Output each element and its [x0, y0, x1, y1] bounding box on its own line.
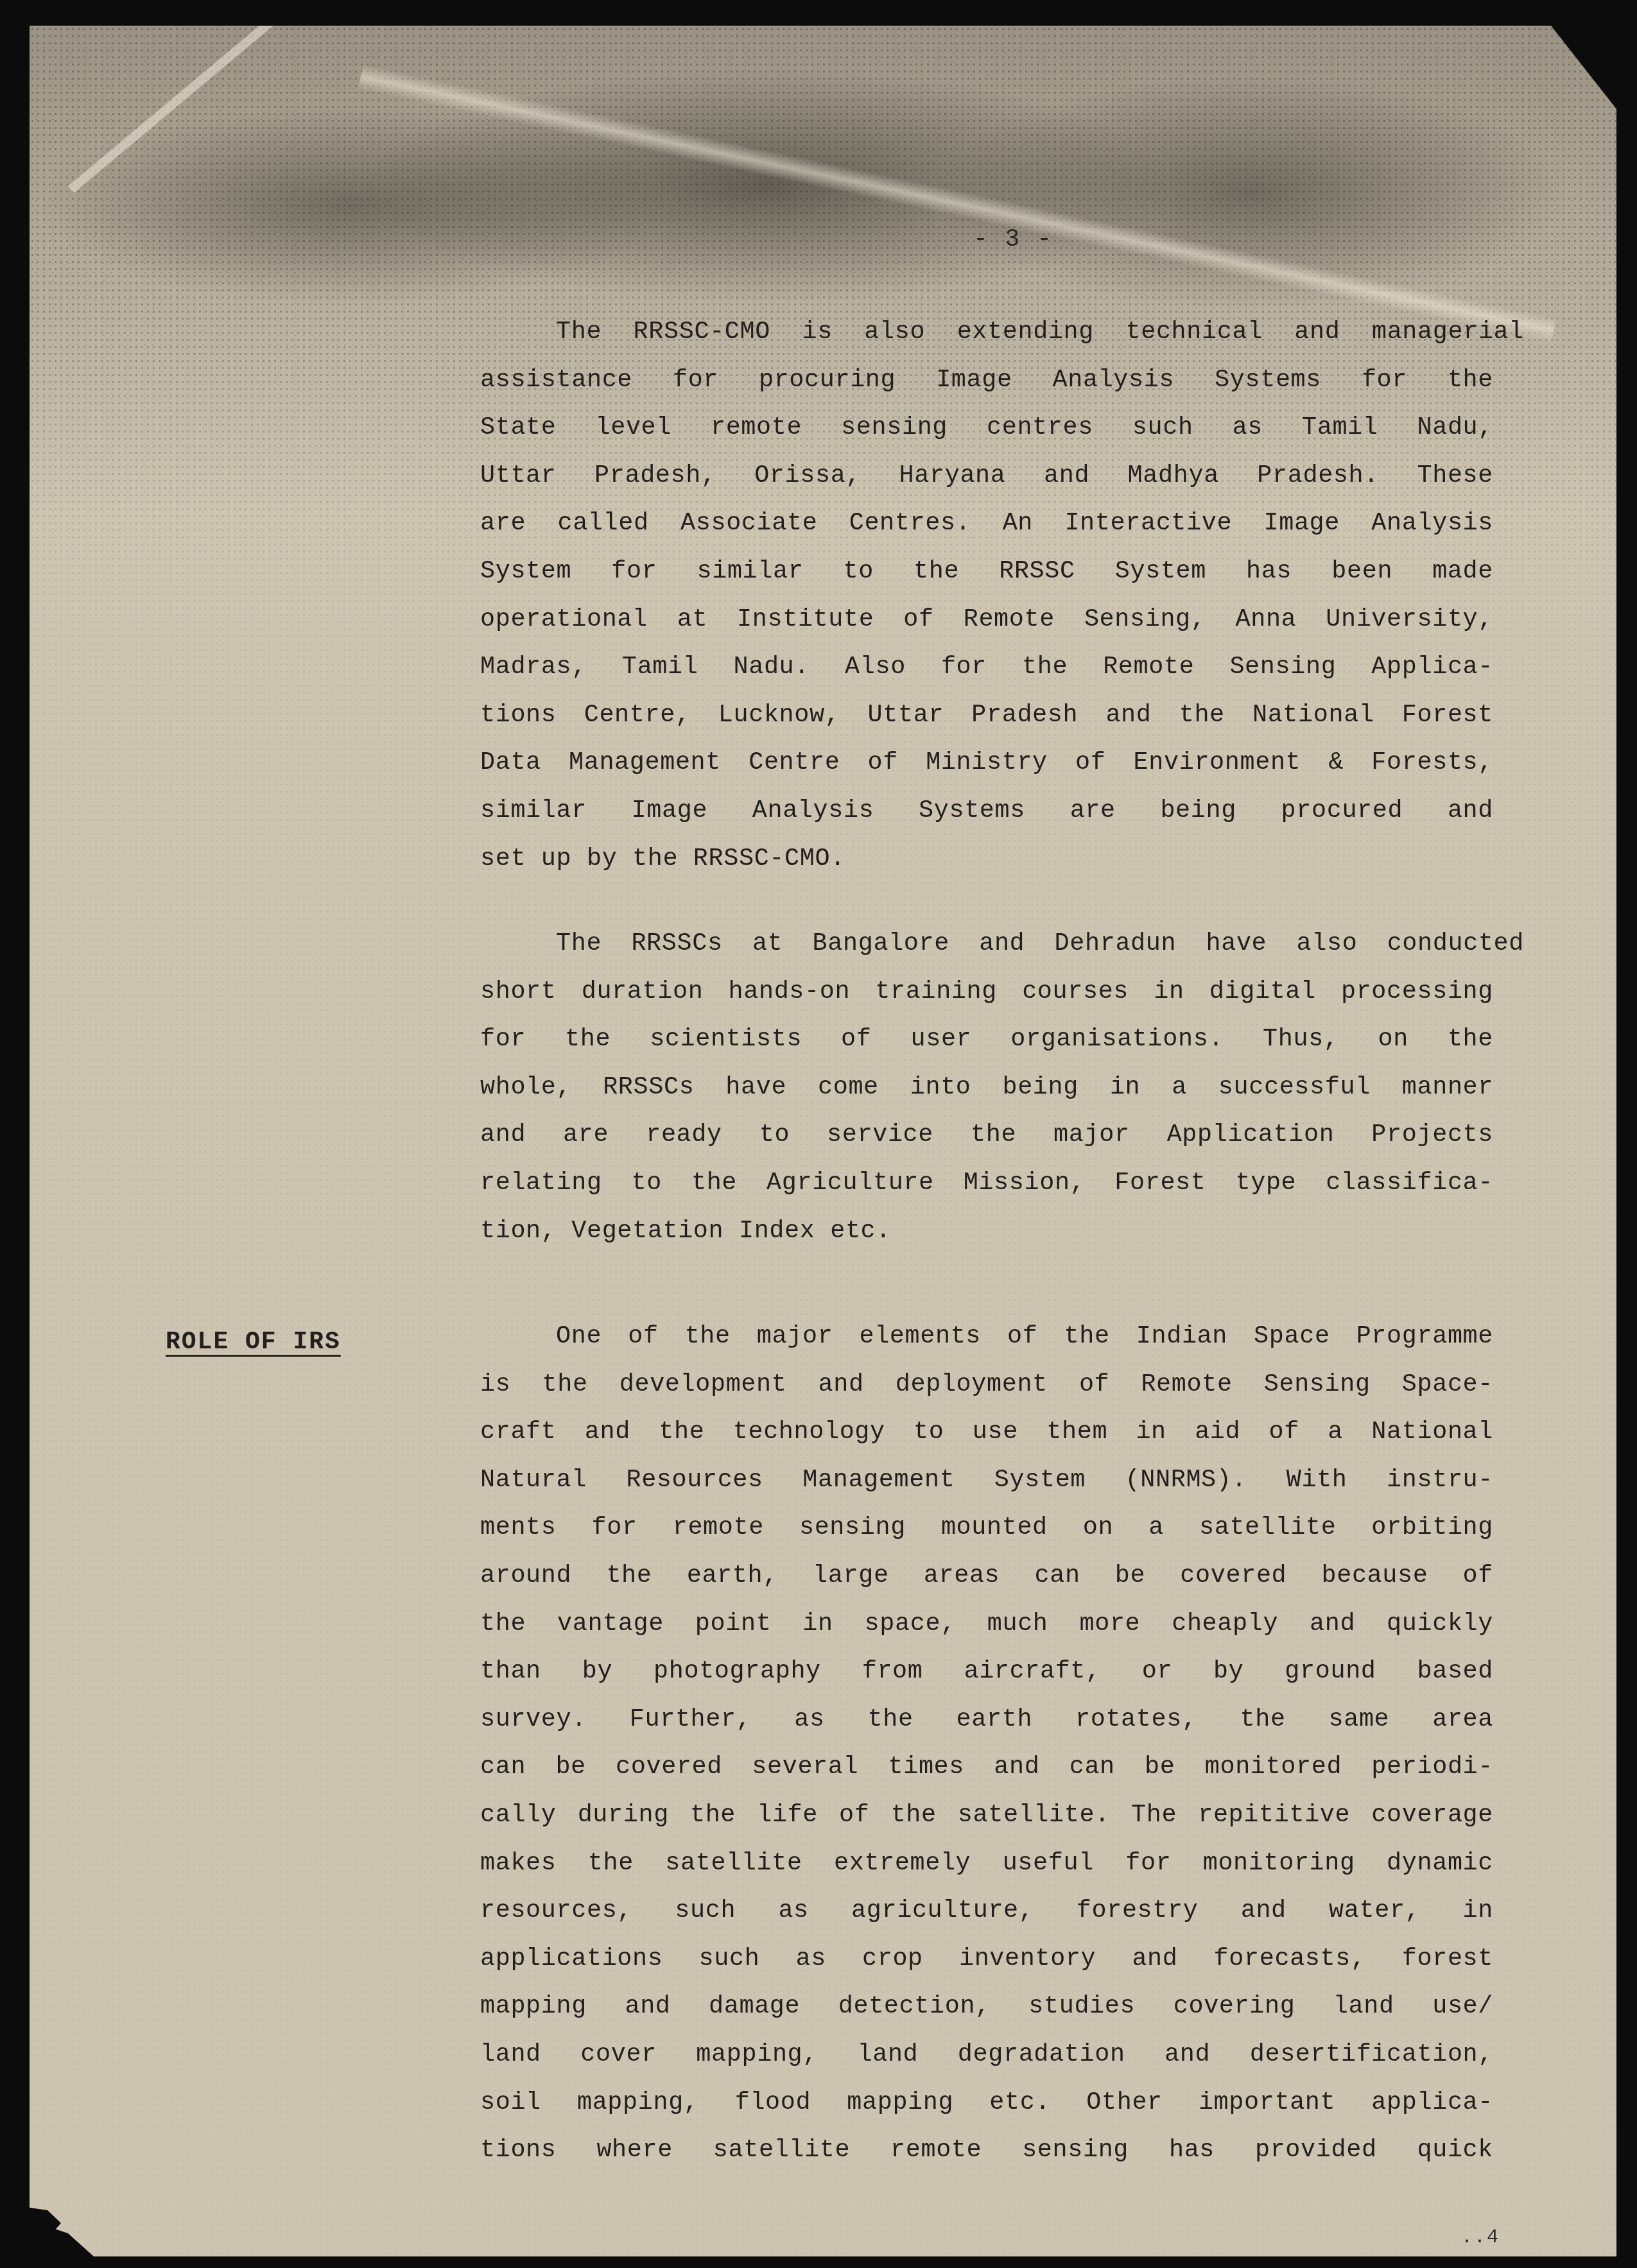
- text-line: operational at Institute of Remote Sensi…: [480, 596, 1493, 644]
- text-line: cally during the life of the satellite. …: [480, 1791, 1493, 1839]
- text-line: for the scientists of user organisations…: [480, 1015, 1493, 1063]
- text-line: soil mapping, flood mapping etc. Other i…: [480, 2079, 1493, 2127]
- text-line: State level remote sensing centres such …: [480, 404, 1493, 452]
- text-line: set up by the RRSSC-CMO.: [480, 835, 1493, 883]
- text-line: the vantage point in space, much more ch…: [480, 1600, 1493, 1648]
- document-page: - 3 - The RRSSC-CMO is also extending te…: [30, 26, 1616, 2256]
- text-line: applications such as crop inventory and …: [480, 1935, 1493, 1983]
- text-line: tion, Vegetation Index etc.: [480, 1207, 1493, 1255]
- paragraph-1: The RRSSC-CMO is also extending technica…: [480, 308, 1493, 882]
- text-line: craft and the technology to use them in …: [480, 1408, 1493, 1456]
- text-line: land cover mapping, land degradation and…: [480, 2031, 1493, 2079]
- text-line: is the development and deployment of Rem…: [480, 1361, 1493, 1409]
- text-line: tions Centre, Lucknow, Uttar Pradesh and…: [480, 691, 1493, 739]
- text-line: mapping and damage detection, studies co…: [480, 1982, 1493, 2031]
- text-line: than by photography from aircraft, or by…: [480, 1647, 1493, 1696]
- text-line: tions where satellite remote sensing has…: [480, 2126, 1493, 2174]
- text-line: makes the satellite extremely useful for…: [480, 1839, 1493, 1887]
- paper-crease: [358, 64, 1557, 343]
- text-line: relating to the Agriculture Mission, For…: [480, 1159, 1493, 1207]
- text-line: similar Image Analysis Systems are being…: [480, 787, 1493, 835]
- section-heading-role-of-irs: ROLE OF IRS: [166, 1328, 341, 1356]
- paragraph-2: The RRSSCs at Bangalore and Dehradun hav…: [480, 920, 1493, 1255]
- text-line: whole, RRSSCs have come into being in a …: [480, 1063, 1493, 1112]
- text-line: Madras, Tamil Nadu. Also for the Remote …: [480, 643, 1493, 691]
- text-line: Data Management Centre of Ministry of En…: [480, 739, 1493, 787]
- text-line: short duration hands-on training courses…: [480, 968, 1493, 1016]
- text-line: assistance for procuring Image Analysis …: [480, 356, 1493, 404]
- text-line: are called Associate Centres. An Interac…: [480, 499, 1493, 547]
- text-line: System for similar to the RRSSC System h…: [480, 547, 1493, 596]
- text-line: around the earth, large areas can be cov…: [480, 1552, 1493, 1600]
- text-line: The RRSSCs at Bangalore and Dehradun hav…: [480, 920, 1524, 968]
- text-line: can be covered several times and can be …: [480, 1743, 1493, 1791]
- page-number: - 3 -: [973, 226, 1053, 253]
- text-line: Natural Resources Management System (NNR…: [480, 1456, 1493, 1504]
- text-line: and are ready to service the major Appli…: [480, 1111, 1493, 1159]
- text-line: The RRSSC-CMO is also extending technica…: [480, 308, 1524, 356]
- text-line: ments for remote sensing mounted on a sa…: [480, 1504, 1493, 1552]
- text-line: Uttar Pradesh, Orissa, Haryana and Madhy…: [480, 452, 1493, 500]
- text-line: resources, such as agriculture, forestry…: [480, 1887, 1493, 1935]
- paper-fold: [68, 26, 281, 193]
- continuation-marker: ..4: [1461, 2227, 1500, 2249]
- paragraph-role-of-irs: One of the major elements of the Indian …: [480, 1312, 1493, 2174]
- text-line: survey. Further, as the earth rotates, t…: [480, 1696, 1493, 1744]
- text-line: One of the major elements of the Indian …: [480, 1312, 1493, 1361]
